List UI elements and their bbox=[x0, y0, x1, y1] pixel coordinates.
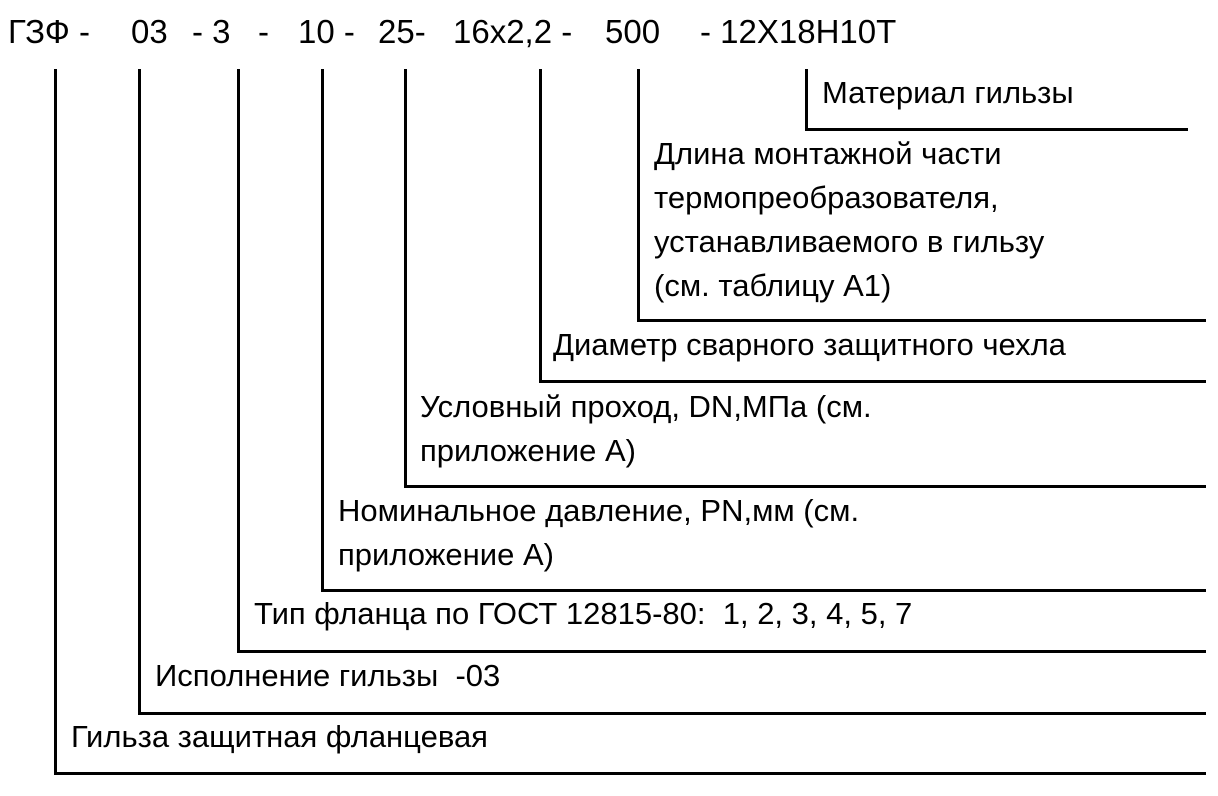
label-length-line-2: термопреобразователя, bbox=[654, 176, 999, 220]
designation-code-part-prefix: ГЗФ - bbox=[8, 12, 90, 52]
leader-execution-vertical bbox=[138, 69, 141, 715]
leader-flange-horizontal bbox=[237, 650, 1206, 653]
leader-diameter-horizontal bbox=[539, 380, 1206, 383]
leader-sleeve-horizontal bbox=[54, 772, 1206, 775]
label-length-line-3: устанавливаемого в гильзу bbox=[654, 220, 1044, 264]
leader-dn-horizontal bbox=[404, 485, 1206, 488]
designation-code-part-material: - 12Х18Н10Т bbox=[700, 12, 896, 52]
leader-pn-vertical bbox=[321, 69, 324, 592]
label-flange-type: Тип фланца по ГОСТ 12815-80: 1, 2, 3, 4,… bbox=[254, 592, 912, 636]
label-dn-line-2: приложение А) bbox=[420, 429, 636, 473]
leader-material-vertical bbox=[805, 69, 808, 131]
label-length-line-1: Длина монтажной части bbox=[654, 132, 1002, 176]
leader-length-horizontal bbox=[637, 319, 1206, 322]
label-sleeve: Гильза защитная фланцевая bbox=[71, 715, 488, 759]
label-pn-line-2: приложение А) bbox=[338, 533, 554, 577]
leader-diameter-vertical bbox=[539, 69, 542, 383]
leader-sleeve-vertical bbox=[54, 69, 57, 775]
label-length-line-4: (см. таблицу А1) bbox=[654, 264, 891, 308]
leader-length-vertical bbox=[637, 69, 640, 322]
designation-code-part-dn: 25- bbox=[378, 12, 426, 52]
leader-flange-vertical bbox=[237, 69, 240, 653]
label-execution: Исполнение гильзы -03 bbox=[155, 654, 500, 698]
label-pn-line-1: Номинальное давление, PN,мм (см. bbox=[338, 489, 859, 533]
label-material: Материал гильзы bbox=[822, 71, 1074, 115]
designation-code-part-execution: 03 bbox=[131, 12, 168, 52]
designation-code-part-dash: - bbox=[258, 12, 269, 52]
label-diameter: Диаметр сварного защитного чехла bbox=[553, 323, 1066, 367]
label-dn-line-1: Условный проход, DN,МПа (см. bbox=[420, 385, 872, 429]
designation-code-part-flange: - 3 bbox=[192, 12, 231, 52]
leader-dn-vertical bbox=[404, 69, 407, 488]
designation-code-part-pn: 10 - bbox=[298, 12, 355, 52]
designation-code-part-diameter: 16х2,2 - bbox=[453, 12, 572, 52]
designation-code-part-length: 500 bbox=[605, 12, 660, 52]
leader-material-horizontal bbox=[805, 128, 1188, 131]
